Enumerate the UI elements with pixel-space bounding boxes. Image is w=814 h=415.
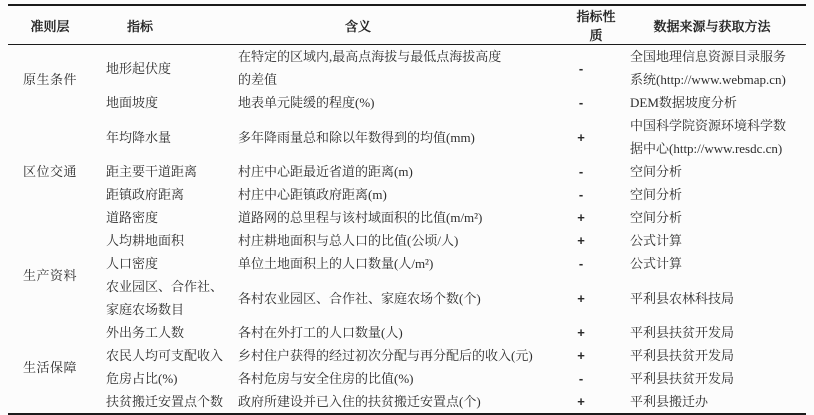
property-cell: - xyxy=(544,91,618,114)
meaning-cell: 单位土地面积上的人口数量(人/m²) xyxy=(234,252,544,275)
property-cell: + xyxy=(544,344,618,367)
indicator-cell: 危房占比(%) xyxy=(92,367,234,390)
header-indicator: 指标 xyxy=(92,5,234,45)
criterion-cell: 生活保障 xyxy=(8,321,92,414)
indicator-cell: 农民人均可支配收入 xyxy=(92,344,234,367)
header-criterion-layer: 准则层 xyxy=(8,5,92,45)
table-row: 人口密度 单位土地面积上的人口数量(人/m²) - 公式计算 xyxy=(8,252,806,275)
source-cell: DEM数据坡度分析 xyxy=(618,91,806,114)
indicator-cell: 道路密度 xyxy=(92,206,234,229)
table-row: 距镇政府距离 村庄中心距镇政府距离(m) - 空间分析 xyxy=(8,183,806,206)
property-cell: - xyxy=(544,367,618,390)
indicator-cell: 距主要干道距离 xyxy=(92,160,234,183)
source-cell: 公式计算 xyxy=(618,252,806,275)
header-meaning: 含义 xyxy=(234,5,544,45)
paper-page: 准则层 指标 含义 指标性质 数据来源与获取方法 原生条件 地形起伏度 在特定的… xyxy=(0,0,814,415)
indicator-cell: 距镇政府距离 xyxy=(92,183,234,206)
property-cell: - xyxy=(544,252,618,275)
meaning-cell: 各村危房与安全住房的比值(%) xyxy=(234,367,544,390)
source-cell: 平利县搬迁办 xyxy=(618,390,806,414)
meaning-cell: 村庄中心距镇政府距离(m) xyxy=(234,183,544,206)
meaning-cell: 各村农业园区、合作社、家庭农场个数(个) xyxy=(234,275,544,321)
header-row: 准则层 指标 含义 指标性质 数据来源与获取方法 xyxy=(8,5,806,45)
source-cell: 全国地理信息资源目录服务系统(http://www.webmap.cn) xyxy=(618,45,806,92)
table-row: 地面坡度 地表单元陡缓的程度(%) - DEM数据坡度分析 xyxy=(8,91,806,114)
indicator-cell: 人均耕地面积 xyxy=(92,229,234,252)
criterion-cell: 原生条件 xyxy=(8,45,92,115)
table-row: 扶贫搬迁安置点个数 政府所建设并已入住的扶贫搬迁安置点(个) + 平利县搬迁办 xyxy=(8,390,806,414)
property-cell: + xyxy=(544,275,618,321)
table-row: 农民人均可支配收入 乡村住户获得的经过初次分配与再分配后的收入(元) + 平利县… xyxy=(8,344,806,367)
meaning-cell: 在特定的区域内,最高点海拔与最低点海拔高度的差值 xyxy=(234,45,544,92)
source-cell: 公式计算 xyxy=(618,229,806,252)
property-cell: + xyxy=(544,390,618,414)
meaning-cell: 多年降雨量总和除以年数得到的均值(mm) xyxy=(234,114,544,160)
property-cell: + xyxy=(544,206,618,229)
header-indicator-property: 指标性质 xyxy=(544,5,618,45)
table-row: 原生条件 地形起伏度 在特定的区域内,最高点海拔与最低点海拔高度的差值 - 全国… xyxy=(8,45,806,92)
indicator-cell: 年均降水量 xyxy=(92,114,234,160)
source-cell: 平利县农林科技局 xyxy=(618,275,806,321)
source-cell: 中国科学院资源环境科学数据中心(http://www.resdc.cn) xyxy=(618,114,806,160)
property-cell: - xyxy=(544,183,618,206)
property-cell: + xyxy=(544,229,618,252)
source-cell: 平利县扶贫开发局 xyxy=(618,367,806,390)
source-cell: 平利县扶贫开发局 xyxy=(618,321,806,344)
property-cell: + xyxy=(544,321,618,344)
source-cell: 空间分析 xyxy=(618,206,806,229)
meaning-cell: 地表单元陡缓的程度(%) xyxy=(234,91,544,114)
meaning-cell: 乡村住户获得的经过初次分配与再分配后的收入(元) xyxy=(234,344,544,367)
property-cell: - xyxy=(544,45,618,92)
table-row: 危房占比(%) 各村危房与安全住房的比值(%) - 平利县扶贫开发局 xyxy=(8,367,806,390)
criterion-cell: 区位交通 xyxy=(8,114,92,229)
property-cell: + xyxy=(544,114,618,160)
meaning-cell: 政府所建设并已入住的扶贫搬迁安置点(个) xyxy=(234,390,544,414)
criterion-cell: 生产资料 xyxy=(8,229,92,321)
source-cell: 空间分析 xyxy=(618,183,806,206)
source-cell: 空间分析 xyxy=(618,160,806,183)
indicator-cell: 人口密度 xyxy=(92,252,234,275)
meaning-cell: 各村在外打工的人口数量(人) xyxy=(234,321,544,344)
table-row: 道路密度 道路网的总里程与该村域面积的比值(m/m²) + 空间分析 xyxy=(8,206,806,229)
table-row: 农业园区、合作社、家庭农场数目 各村农业园区、合作社、家庭农场个数(个) + 平… xyxy=(8,275,806,321)
indicator-cell: 地形起伏度 xyxy=(92,45,234,92)
table-row: 区位交通 年均降水量 多年降雨量总和除以年数得到的均值(mm) + 中国科学院资… xyxy=(8,114,806,160)
indicator-cell: 农业园区、合作社、家庭农场数目 xyxy=(92,275,234,321)
table-row: 生活保障 外出务工人数 各村在外打工的人口数量(人) + 平利县扶贫开发局 xyxy=(8,321,806,344)
property-cell: - xyxy=(544,160,618,183)
table-row: 距主要干道距离 村庄中心距最近省道的距离(m) - 空间分析 xyxy=(8,160,806,183)
source-cell: 平利县扶贫开发局 xyxy=(618,344,806,367)
indicator-cell: 扶贫搬迁安置点个数 xyxy=(92,390,234,414)
meaning-cell: 村庄中心距最近省道的距离(m) xyxy=(234,160,544,183)
indicator-system-table: 准则层 指标 含义 指标性质 数据来源与获取方法 原生条件 地形起伏度 在特定的… xyxy=(8,4,806,415)
indicator-cell: 外出务工人数 xyxy=(92,321,234,344)
table-row: 生产资料 人均耕地面积 村庄耕地面积与总人口的比值(公顷/人) + 公式计算 xyxy=(8,229,806,252)
meaning-cell: 村庄耕地面积与总人口的比值(公顷/人) xyxy=(234,229,544,252)
meaning-cell: 道路网的总里程与该村域面积的比值(m/m²) xyxy=(234,206,544,229)
indicator-cell: 地面坡度 xyxy=(92,91,234,114)
header-data-source: 数据来源与获取方法 xyxy=(618,5,806,45)
